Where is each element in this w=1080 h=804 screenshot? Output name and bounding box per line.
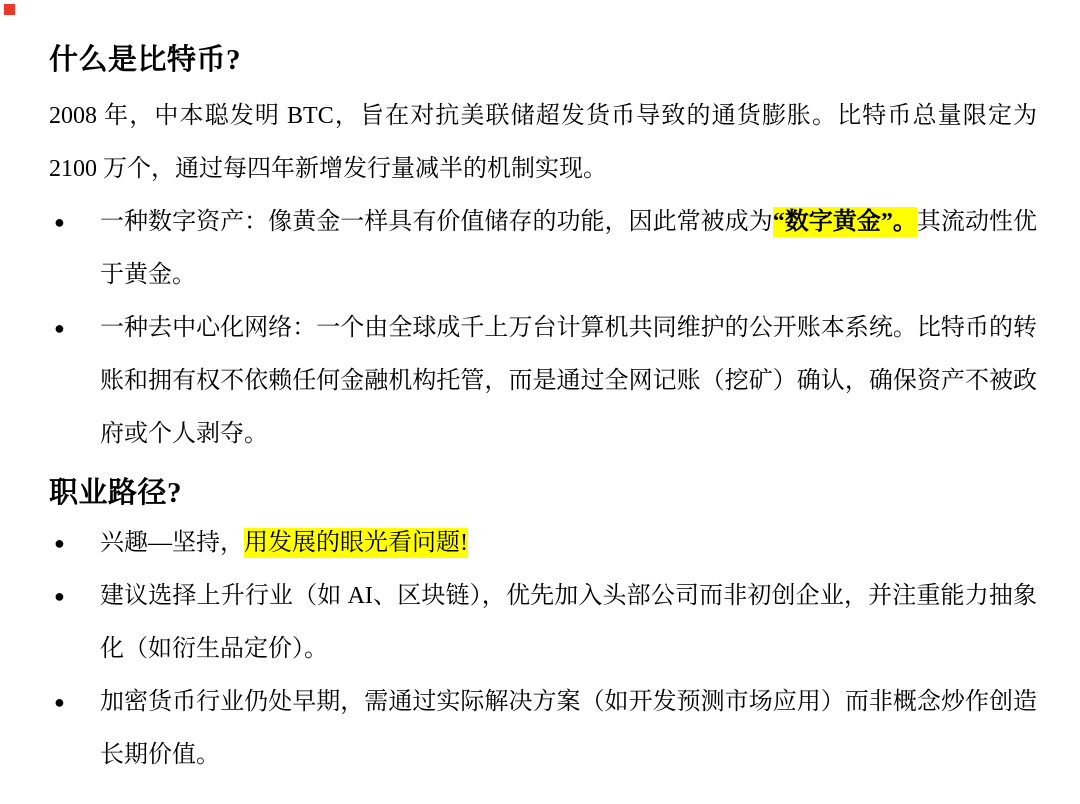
bitcoin-bullet-list: ● 一种数字资产：像黄金一样具有价值储存的功能，因此常被成为“数字黄金”。其流动…: [49, 196, 1037, 461]
heading-career-path: 职业路径?: [49, 469, 1037, 517]
highlighted-text-digital-gold: “数字黄金”。: [773, 207, 917, 237]
list-item-text: 兴趣—坚持，: [100, 530, 244, 556]
list-item-text: 一种去中心化网络：一个由全球成千上万台计算机共同维护的公开账本系统。比特币的转账…: [100, 315, 1037, 447]
bullet-icon: ●: [54, 676, 65, 729]
document-page: 什么是比特币? 2008 年，中本聪发明 BTC，旨在对抗美联储超发货币导致的通…: [0, 0, 1080, 804]
list-item-text: 加密货币行业仍处早期，需通过实际解决方案（如开发预测市场应用）而非概念炒作创造长…: [100, 689, 1037, 768]
career-bullet-list: ● 兴趣—坚持，用发展的眼光看问题! ● 建议选择上升行业（如 AI、区块链），…: [49, 517, 1037, 782]
list-item-text: 一种数字资产：像黄金一样具有价值储存的功能，因此常被成为: [100, 209, 773, 235]
list-item-interest-persistence: ● 兴趣—坚持，用发展的眼光看问题!: [49, 517, 1037, 570]
red-square-marker-icon: [4, 4, 15, 15]
list-item-decentralized-network: ● 一种去中心化网络：一个由全球成千上万台计算机共同维护的公开账本系统。比特币的…: [49, 302, 1037, 461]
bullet-icon: ●: [54, 196, 65, 249]
highlighted-text-development-view: 用发展的眼光看问题!: [244, 528, 468, 558]
heading-what-is-bitcoin: 什么是比特币?: [49, 40, 1037, 80]
list-item-text: 建议选择上升行业（如 AI、区块链），优先加入头部公司而非初创企业，并注重能力抽…: [100, 583, 1037, 662]
bullet-icon: ●: [54, 570, 65, 623]
list-item-digital-asset: ● 一种数字资产：像黄金一样具有价值储存的功能，因此常被成为“数字黄金”。其流动…: [49, 196, 1037, 302]
list-item-industry-advice: ● 建议选择上升行业（如 AI、区块链），优先加入头部公司而非初创企业，并注重能…: [49, 570, 1037, 676]
bullet-icon: ●: [54, 302, 65, 355]
bitcoin-intro-paragraph: 2008 年，中本聪发明 BTC，旨在对抗美联储超发货币导致的通货膨胀。比特币总…: [49, 90, 1037, 196]
bullet-icon: ●: [54, 517, 65, 570]
list-item-crypto-early-stage: ● 加密货币行业仍处早期，需通过实际解决方案（如开发预测市场应用）而非概念炒作创…: [49, 676, 1037, 782]
